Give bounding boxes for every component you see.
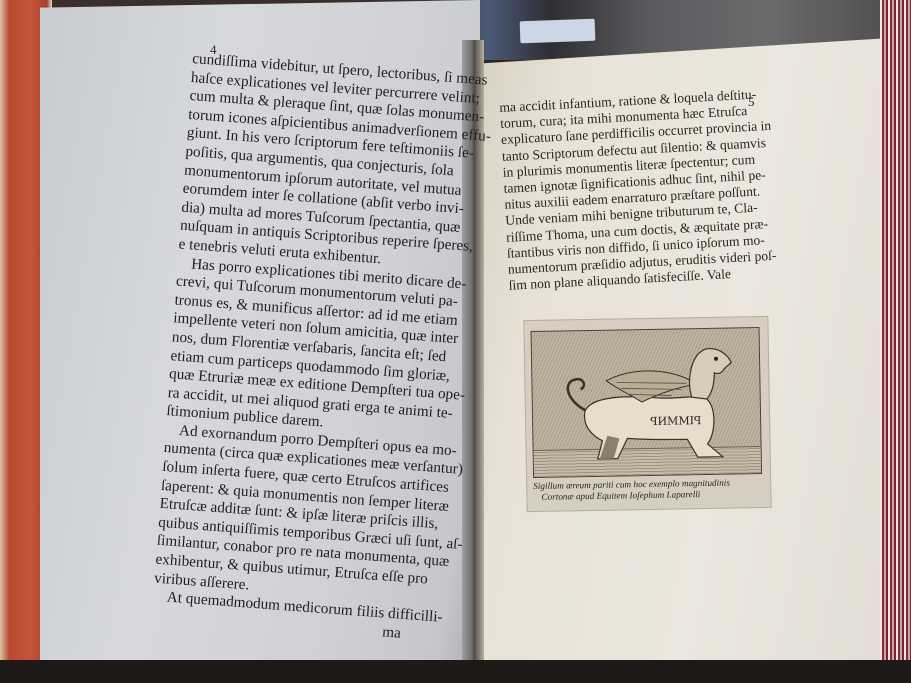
griffin-icon: ꟼИMMIꟼ — [546, 338, 748, 471]
svg-text:ꟼИMMIꟼ: ꟼИMMIꟼ — [650, 414, 702, 428]
paper-bookmark — [520, 19, 596, 44]
engraved-plate: ꟼИMMIꟼ Sigillum æreum pariti cum hoc exe… — [523, 316, 771, 512]
table-shadow — [0, 660, 911, 683]
right-page-text: ma accidit infantium, ratione & loquela … — [499, 86, 779, 294]
left-page-text: cundiſſima videbitur, ut ſpero, lectorib… — [151, 50, 462, 645]
marbled-page-edge — [880, 0, 911, 683]
plate-frame: ꟼИMMIꟼ — [531, 327, 763, 478]
plate-caption: Sigillum æreum pariti cum hoc exemplo ma… — [533, 477, 765, 503]
